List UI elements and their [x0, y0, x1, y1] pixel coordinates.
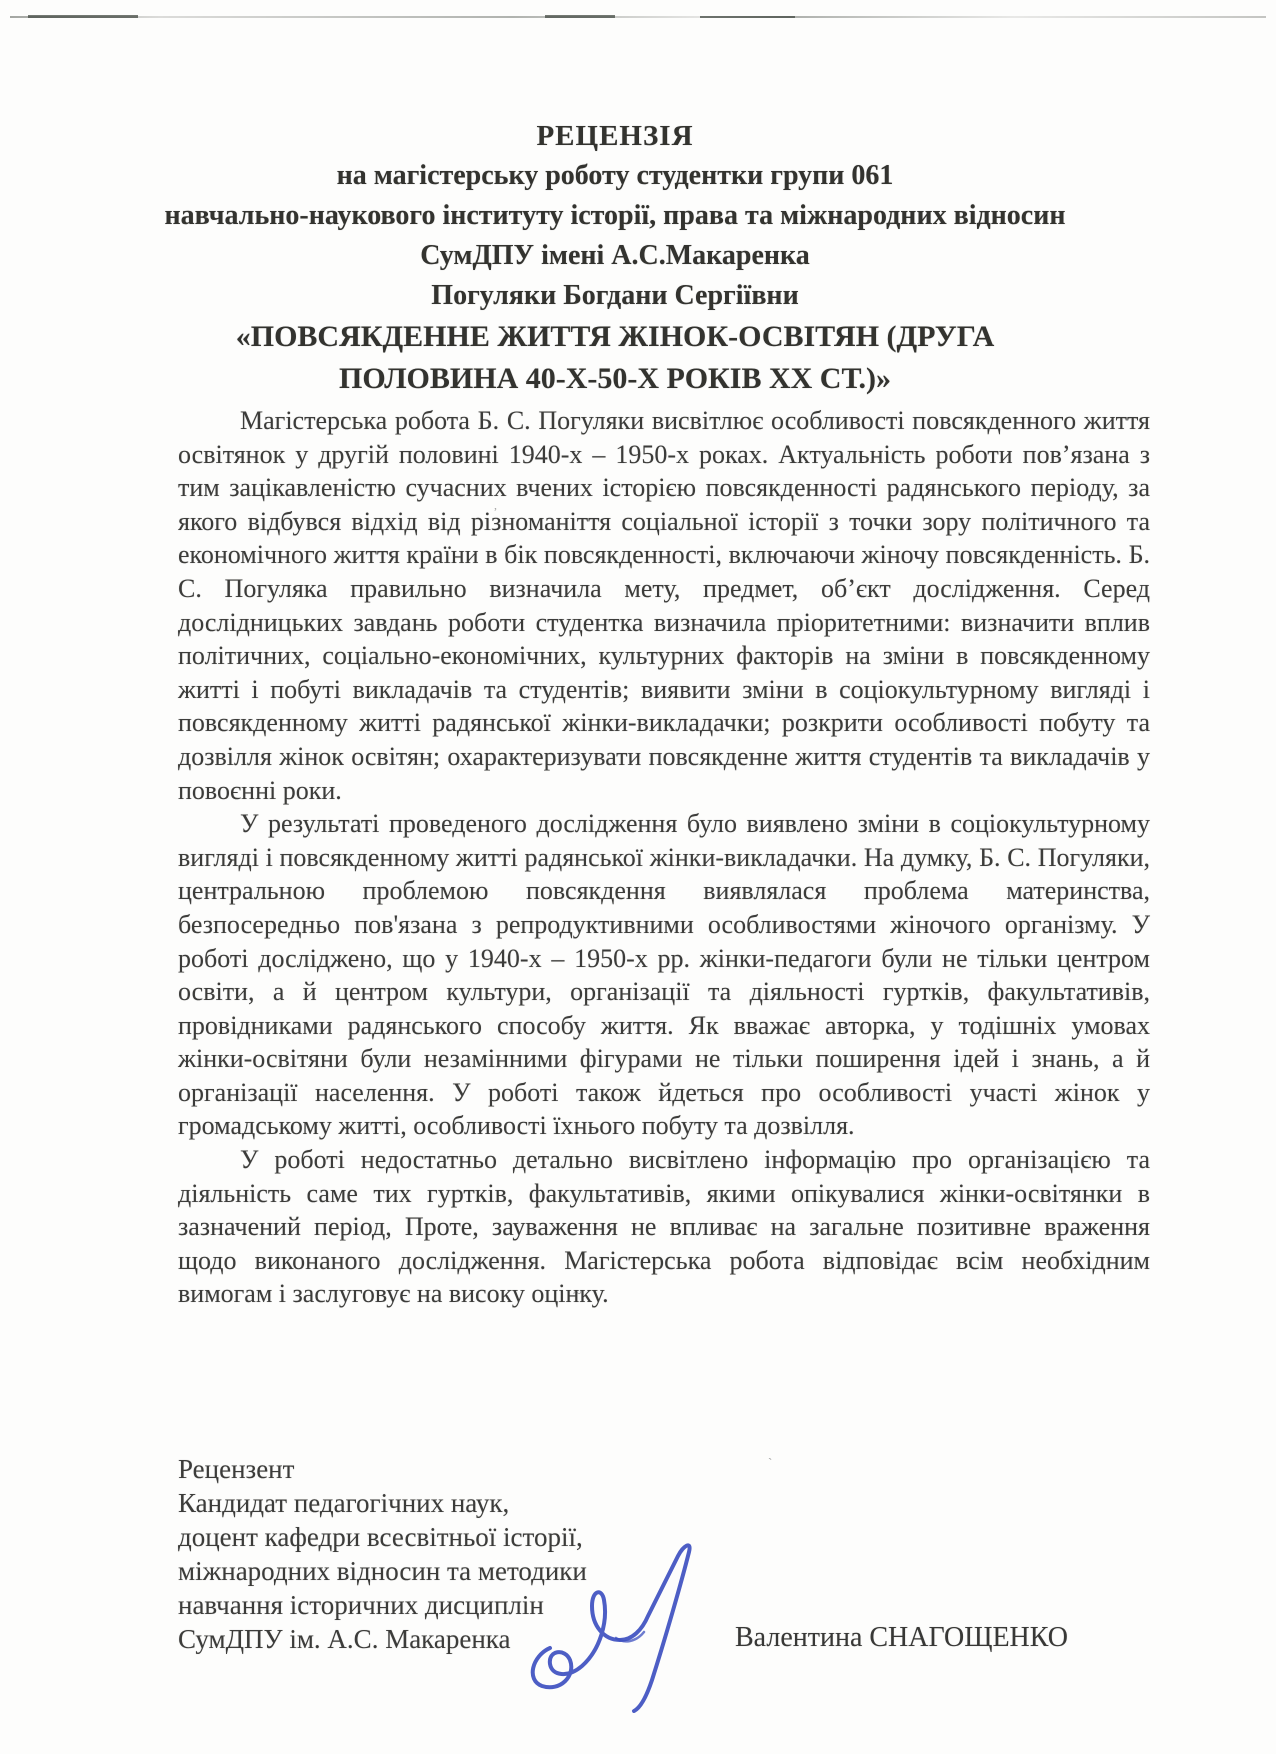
- reviewer-role-line: Рецензент: [178, 1452, 1150, 1486]
- title-line: на магістерську роботу студентки групи 0…: [140, 156, 1090, 196]
- scan-artifact-dash: [28, 15, 138, 18]
- paragraph: У результаті проведеного дослідження бул…: [178, 807, 1150, 1143]
- scan-artifact-dash: [545, 15, 615, 18]
- title-block: РЕЦЕНЗІЯ на магістерську роботу студентк…: [140, 116, 1090, 400]
- thesis-title: «ПОВСЯКДЕННЕ ЖИТТЯ ЖІНОК-ОСВІТЯН (ДРУГА …: [215, 316, 1015, 400]
- handwritten-signature-ink: [520, 1528, 730, 1713]
- paragraph: Магістерська робота Б. С. Погуляки висві…: [178, 404, 1150, 807]
- scan-artifact-dash: [700, 16, 795, 18]
- scanned-document-page: ~ ` , РЕЦЕНЗІЯ на магістерську роботу ст…: [0, 0, 1276, 1754]
- paragraph: У роботі недостатньо детально висвітлено…: [178, 1143, 1150, 1311]
- review-body: Магістерська робота Б. С. Погуляки висві…: [178, 404, 1150, 1311]
- scan-artifact-line: [10, 16, 1266, 18]
- document-type-heading: РЕЦЕНЗІЯ: [140, 116, 1090, 156]
- reviewer-name: Валентина СНАГОЩЕНКО: [735, 1622, 1068, 1654]
- reviewer-role-line: Кандидат педагогічних наук,: [178, 1486, 1150, 1520]
- title-line: навчально-наукового інституту історії, п…: [140, 196, 1090, 236]
- title-line: Погуляки Богдани Сергіївни: [140, 276, 1090, 316]
- title-line: СумДПУ імені А.С.Макаренка: [140, 236, 1090, 276]
